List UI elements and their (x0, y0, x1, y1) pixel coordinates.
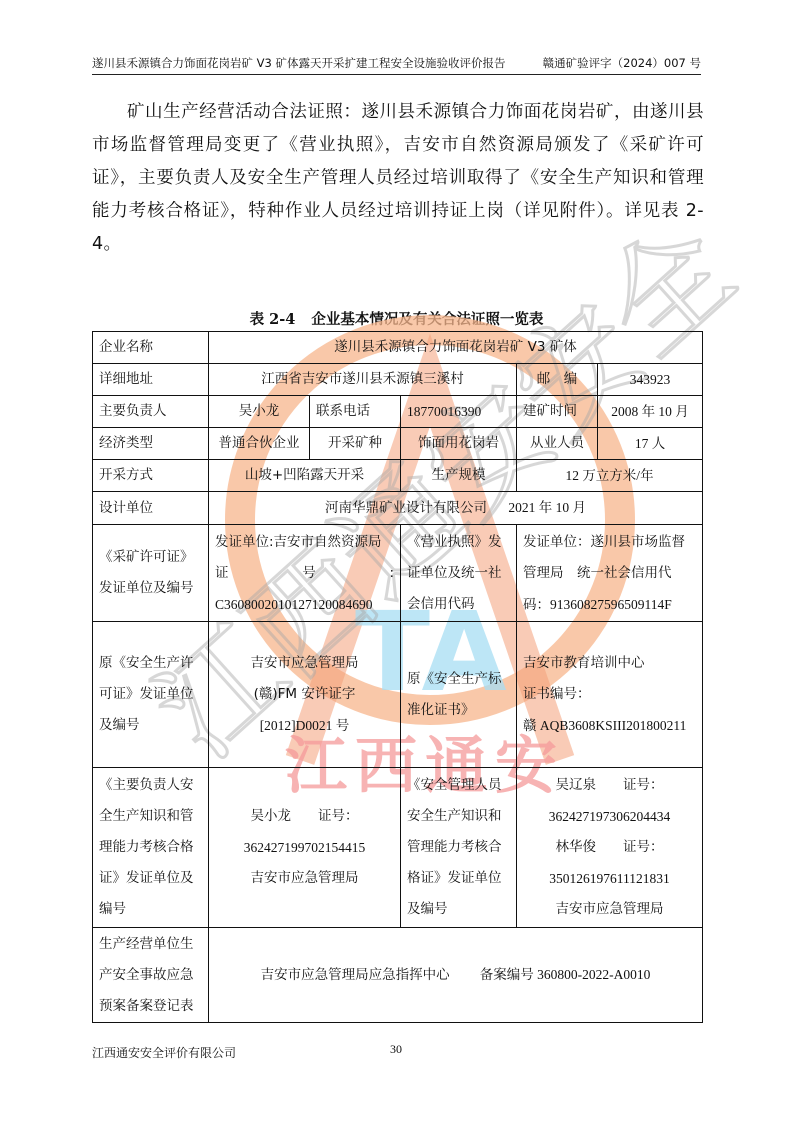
label-line: 原《安全生产许 (99, 648, 202, 679)
label-line: 及编号 (99, 710, 202, 741)
label-line: 会信用代码 (407, 589, 510, 620)
value-line: 吴辽泉 证号： (523, 770, 696, 801)
report-code: 赣通矿验评字（2024）007 号 (543, 54, 701, 72)
table-row-economy: 经济类型 普通合伙企业 开采矿种 饰面用花岗岩 从业人员 17 人 (93, 428, 703, 460)
cell-label: 生产规模 (401, 460, 517, 492)
table-caption-title: 企业基本情况及有关合法证照一览表 (311, 311, 543, 328)
cell-label: 《采矿许可证》 发证单位及编号 (93, 525, 209, 622)
value-line: 362427197306204434 (523, 801, 696, 832)
cell-label: 原《安全生产许 可证》发证单位 及编号 (93, 622, 209, 768)
value-line: 码：91360827596509114F (523, 589, 696, 620)
enterprise-info-table: 企业名称 遂川县禾源镇合力饰面花岗岩矿 V3 矿体 详细地址 江西省吉安市遂川县… (92, 331, 703, 1023)
label-line: 预案备案登记表 (99, 991, 202, 1022)
cell-label: 详细地址 (93, 364, 209, 396)
table-caption-number: 表 2-4 (250, 311, 296, 328)
label-line: 《主要负责人安 (99, 770, 202, 801)
report-title: 遂川县禾源镇合力饰面花岗岩矿 V3 矿体露天开采扩建工程安全设施验收评价报告 (92, 54, 506, 72)
label-line: 《营业执照》发 (407, 527, 510, 558)
emergency-agency: 吉安市应急管理局应急指挥中心 (261, 967, 450, 983)
cell-value: 吴小龙 证号： 362427199702154415 吉安市应急管理局 (209, 768, 401, 928)
cell-value: 河南华鼎矿业设计有限公司 2021 年 10 月 (209, 492, 703, 525)
value-line: 证 号 : (215, 558, 394, 589)
page-number: 30 (390, 1042, 402, 1057)
table-row-safety-license: 原《安全生产许 可证》发证单位 及编号 吉安市应急管理局 (赣)FM 安许证字 … (93, 622, 703, 768)
value-line: [2012]D0021 号 (215, 710, 394, 741)
cell-value: 遂川县禾源镇合力饰面花岗岩矿 V3 矿体 (209, 332, 703, 364)
value-line: 发证单位：遂川县市场监督 (523, 527, 696, 558)
label-line: 准化证书》 (407, 695, 510, 726)
cell-value: 2008 年 10 月 (598, 396, 703, 428)
value-line: 362427199702154415 (215, 832, 394, 863)
cell-label: 从业人员 (517, 428, 598, 460)
cert-char: 号 (302, 558, 316, 589)
cell-value: 17 人 (598, 428, 703, 460)
label-line: 证》发证单位及 (99, 863, 202, 894)
cell-value: 12 万立方米/年 (517, 460, 703, 492)
cell-value: 吉安市应急管理局 (赣)FM 安许证字 [2012]D0021 号 (209, 622, 401, 768)
table-row-principal-cert: 《主要负责人安 全生产知识和管 理能力考核合格 证》发证单位及 编号 吴小龙 证… (93, 768, 703, 928)
value-line: 吉安市应急管理局 (215, 648, 394, 679)
cell-value: 发证单位:吉安市自然资源局 证 号 : C3608002010127120084… (209, 525, 401, 622)
cert-char: 证 (215, 558, 229, 589)
design-date: 2021 年 10 月 (508, 500, 586, 515)
cell-value: 18770016390 (401, 396, 517, 428)
table-row-mining-method: 开采方式 山坡+凹陷露天开采 生产规模 12 万立方米/年 (93, 460, 703, 492)
cell-label: 建矿时间 (517, 396, 598, 428)
cell-label: 联系电话 (310, 396, 401, 428)
value-line: 吉安市教育培训中心 (523, 648, 696, 679)
table-row-emergency-plan: 生产经营单位生 产安全事故应急 预案备案登记表 吉安市应急管理局应急指挥中心 备… (93, 928, 703, 1023)
table-row-design: 设计单位 河南华鼎矿业设计有限公司 2021 年 10 月 (93, 492, 703, 525)
cell-label: 开采方式 (93, 460, 209, 492)
value-line: 吴小龙 证号： (215, 801, 394, 832)
value-line: 350126197611121831 (523, 863, 696, 894)
cell-label: 主要负责人 (93, 396, 209, 428)
cell-label: 《主要负责人安 全生产知识和管 理能力考核合格 证》发证单位及 编号 (93, 768, 209, 928)
cert-char: : (389, 558, 394, 589)
page-header: 遂川县禾源镇合力饰面花岗岩矿 V3 矿体露天开采扩建工程安全设施验收评价报告 赣… (92, 54, 701, 75)
cell-label: 《安全管理人员 安全生产知识和 管理能力考核合 格证》发证单位 及编号 (401, 768, 517, 928)
label-line: 管理能力考核合 (407, 832, 510, 863)
cell-value: 吴辽泉 证号： 362427197306204434 林华俊 证号： 35012… (517, 768, 703, 928)
label-line: 《安全管理人员 (407, 770, 510, 801)
label-line: 可证》发证单位 (99, 679, 202, 710)
cell-value: 发证单位：遂川县市场监督 管理局 统一社会信用代 码：9136082759650… (517, 525, 703, 622)
table-row-company-name: 企业名称 遂川县禾源镇合力饰面花岗岩矿 V3 矿体 (93, 332, 703, 364)
cell-label: 企业名称 (93, 332, 209, 364)
cell-value: 吴小龙 (209, 396, 310, 428)
cell-label: 开采矿种 (310, 428, 401, 460)
value-line: 赣 AQB3608KSIII201800211 (523, 710, 696, 741)
table-caption: 表 2-4企业基本情况及有关合法证照一览表 (92, 308, 701, 329)
label-line: 证单位及统一社 (407, 558, 510, 589)
cell-label: 设计单位 (93, 492, 209, 525)
cell-value: 普通合伙企业 (209, 428, 310, 460)
label-line: 编号 (99, 894, 202, 925)
cell-value: 343923 (598, 364, 703, 396)
label-line: 生产经营单位生 (99, 929, 202, 960)
cell-label: 生产经营单位生 产安全事故应急 预案备案登记表 (93, 928, 209, 1023)
body-paragraph: 矿山生产经营活动合法证照：遂川县禾源镇合力饰面花岗岩矿，由遂川县市场监督管理局变… (92, 96, 704, 261)
cell-value: 吉安市教育培训中心 证书编号： 赣 AQB3608KSIII201800211 (517, 622, 703, 768)
value-line: 林华俊 证号： (523, 832, 696, 863)
body-text: 矿山生产经营活动合法证照：遂川县禾源镇合力饰面花岗岩矿，由遂川县市场监督管理局变… (92, 96, 704, 261)
cell-label: 《营业执照》发 证单位及统一社 会信用代码 (401, 525, 517, 622)
value-line: 吉安市应急管理局 (215, 863, 394, 894)
cell-value: 饰面用花岗岩 (401, 428, 517, 460)
cell-label: 邮 编 (517, 364, 598, 396)
label-line: 理能力考核合格 (99, 832, 202, 863)
cell-value: 吉安市应急管理局应急指挥中心 备案编号 360800-2022-A0010 (209, 928, 703, 1023)
value-line: 发证单位:吉安市自然资源局 (215, 527, 394, 558)
label-line: 格证》发证单位 (407, 863, 510, 894)
label-line: 及编号 (407, 894, 510, 925)
label-line: 产安全事故应急 (99, 960, 202, 991)
footer-company: 江西通安安全评价有限公司 (92, 1044, 236, 1061)
label-line: 发证单位及编号 (99, 573, 202, 604)
cell-label: 经济类型 (93, 428, 209, 460)
value-line: 管理局 统一社会信用代 (523, 558, 696, 589)
value-line: 证书编号： (523, 679, 696, 710)
table-row-principal: 主要负责人 吴小龙 联系电话 18770016390 建矿时间 2008 年 1… (93, 396, 703, 428)
emergency-record-number: 备案编号 360800-2022-A0010 (480, 967, 651, 982)
cell-value: 山坡+凹陷露天开采 (209, 460, 401, 492)
design-company: 河南华鼎矿业设计有限公司 (325, 500, 487, 516)
cell-value: 江西省吉安市遂川县禾源镇三溪村 (209, 364, 517, 396)
table-row-licenses: 《采矿许可证》 发证单位及编号 发证单位:吉安市自然资源局 证 号 : C360… (93, 525, 703, 622)
license-number: C3608002010127120084690 (215, 589, 394, 620)
cell-label: 原《安全生产标 准化证书》 (401, 622, 517, 768)
label-line: 原《安全生产标 (407, 664, 510, 695)
value-line: (赣)FM 安许证字 (215, 679, 394, 710)
label-line: 全生产知识和管 (99, 801, 202, 832)
value-line: 吉安市应急管理局 (523, 894, 696, 925)
label-line: 安全生产知识和 (407, 801, 510, 832)
table-row-address: 详细地址 江西省吉安市遂川县禾源镇三溪村 邮 编 343923 (93, 364, 703, 396)
label-line: 《采矿许可证》 (99, 542, 202, 573)
